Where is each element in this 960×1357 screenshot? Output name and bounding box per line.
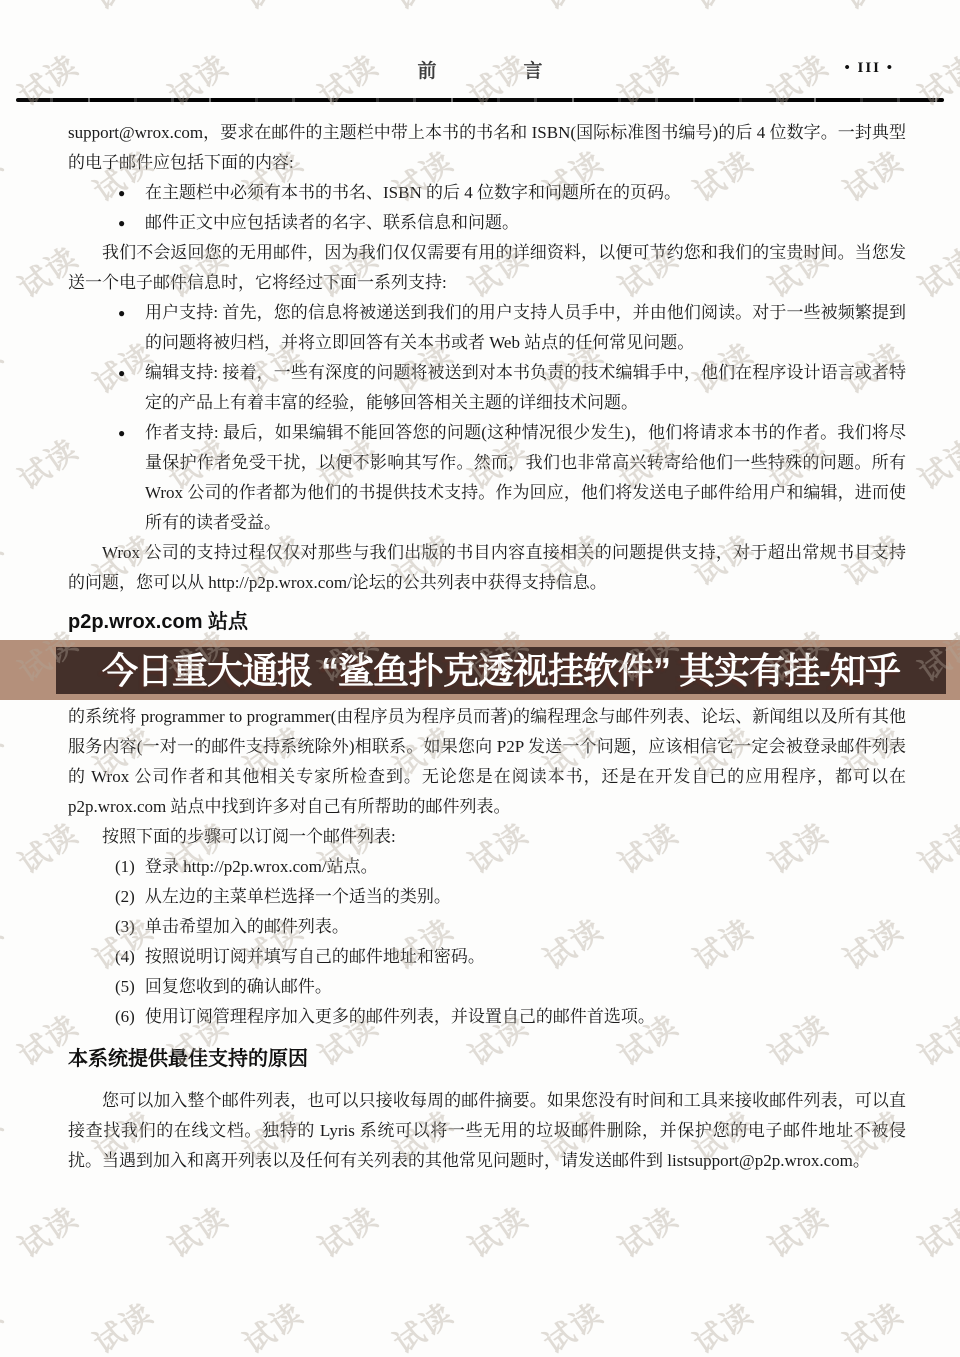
watermark-text: 试读 — [833, 1290, 911, 1357]
section-heading-p2p: p2p.wrox.com 站点 — [68, 607, 906, 637]
spam-ad-banner-background: 今日重大通报 “鲨鱼扑克透视挂软件” 其实有挂-知乎 — [56, 647, 946, 694]
watermark-text: 试读 — [383, 1290, 461, 1357]
step-number: (1) — [115, 852, 135, 882]
step-item: (2)从左边的主菜单栏选择一个适当的类别。 — [68, 882, 906, 912]
step-text: 单击希望加入的邮件列表。 — [145, 917, 349, 936]
step-text: 登录 http://p2p.wrox.com/站点。 — [145, 857, 378, 876]
spam-ad-banner[interactable]: 今日重大通报 “鲨鱼扑克透视挂软件” 其实有挂-知乎 — [0, 640, 960, 700]
header-rule — [16, 98, 944, 102]
bullet-icon: ● — [118, 358, 125, 388]
watermark-text: 试读 — [233, 1290, 311, 1357]
watermark-text: 试读 — [0, 330, 11, 403]
watermark-text: 试读 — [908, 426, 960, 499]
bullet-icon: ● — [118, 208, 125, 238]
step-text: 回复您收到的确认邮件。 — [145, 977, 332, 996]
step-number: (3) — [115, 912, 135, 942]
watermark-text: 试读 — [0, 714, 11, 787]
list-item-text: 作者支持: 最后，如果编辑不能回答您的问题(这种情况很少发生)，他们将请求本书的… — [145, 423, 906, 532]
paragraph-p2p: 的系统将 programmer to programmer(由程序员为程序员而著… — [68, 702, 906, 822]
paragraph-support-intro: 我们不会返回您的无用邮件，因为我们仅仅需要有用的详细资料，以便可节约您和我们的宝… — [68, 238, 906, 298]
bullet-icon: ● — [118, 298, 125, 328]
watermark-text: 试读 — [0, 138, 11, 211]
step-item: (4)按照说明订阅并填写自己的邮件地址和密码。 — [68, 942, 906, 972]
paragraph-why: 您可以加入整个邮件列表，也可以只接收每周的邮件摘要。如果您没有时间和工具来接收邮… — [68, 1086, 906, 1176]
watermark-text: 试读 — [0, 522, 11, 595]
bullet-icon: ● — [118, 178, 125, 208]
step-text: 使用订阅管理程序加入更多的邮件列表，并设置自己的邮件首选项。 — [145, 1007, 655, 1026]
watermark-text: 试读 — [158, 1194, 236, 1267]
step-number: (6) — [115, 1002, 135, 1032]
page-title: 前 言 — [0, 56, 960, 83]
watermark-text: 试读 — [83, 1290, 161, 1357]
list-item-text: 在主题栏中必须有本书的书名、ISBN 的后 4 位数字和问题所在的页码。 — [145, 183, 681, 202]
step-item: (6)使用订阅管理程序加入更多的邮件列表，并设置自己的邮件首选项。 — [68, 1002, 906, 1032]
paragraph-subscribe-intro: 按照下面的步骤可以订阅一个邮件列表: — [68, 822, 906, 852]
watermark-text: 试读 — [758, 1194, 836, 1267]
step-text: 从左边的主菜单栏选择一个适当的类别。 — [145, 887, 451, 906]
list-item: ● 编辑支持: 接着，一些有深度的问题将被送到对本书负责的技术编辑手中，他们在程… — [68, 358, 906, 418]
step-text: 按照说明订阅并填写自己的邮件地址和密码。 — [145, 947, 485, 966]
page-number: • III • — [844, 60, 894, 77]
list-item-text: 邮件正文中应包括读者的名字、联系信息和问题。 — [145, 213, 519, 232]
support-levels-list: ● 用户支持: 首先，您的信息将被递送到我们的用户支持人员手中，并由他们阅读。对… — [68, 298, 906, 538]
watermark-text: 试读 — [8, 1194, 86, 1267]
list-item: ● 用户支持: 首先，您的信息将被递送到我们的用户支持人员手中，并由他们阅读。对… — [68, 298, 906, 358]
list-item: ● 邮件正文中应包括读者的名字、联系信息和问题。 — [68, 208, 906, 238]
paragraph-wrox-support-note: Wrox 公司的支持过程仅仅对那些与我们出版的书目内容直接相关的问题提供支持，对… — [68, 538, 906, 598]
step-item: (1)登录 http://p2p.wrox.com/站点。 — [68, 852, 906, 882]
watermark-text: 试读 — [908, 234, 960, 307]
step-number: (2) — [115, 882, 135, 912]
list-item-text: 用户支持: 首先，您的信息将被递送到我们的用户支持人员手中，并由他们阅读。对于一… — [145, 303, 906, 352]
watermark-text: 试读 — [308, 1194, 386, 1267]
watermark-text: 试读 — [0, 1098, 11, 1171]
spam-ad-banner-text: 今日重大通报 “鲨鱼扑克透视挂软件” 其实有挂-知乎 — [102, 653, 900, 689]
list-item: ● 作者支持: 最后，如果编辑不能回答您的问题(这种情况很少发生)，他们将请求本… — [68, 418, 906, 538]
bullet-icon: ● — [118, 418, 125, 448]
watermark-text: 试读 — [908, 810, 960, 883]
section-heading-why: 本系统提供最佳支持的原因 — [68, 1044, 906, 1074]
watermark-text: 试读 — [533, 1290, 611, 1357]
step-item: (5)回复您收到的确认邮件。 — [68, 972, 906, 1002]
list-item-text: 编辑支持: 接着，一些有深度的问题将被送到对本书负责的技术编辑手中，他们在程序设… — [145, 363, 906, 412]
subscribe-steps-list: (1)登录 http://p2p.wrox.com/站点。 (2)从左边的主菜单… — [68, 852, 906, 1032]
watermark-text: 试读 — [0, 906, 11, 979]
list-item: ● 在主题栏中必须有本书的书名、ISBN 的后 4 位数字和问题所在的页码。 — [68, 178, 906, 208]
watermark-text: 试读 — [458, 1194, 536, 1267]
step-number: (4) — [115, 942, 135, 972]
watermark-text: 试读 — [908, 1002, 960, 1075]
watermark-text: 试读 — [0, 1290, 11, 1357]
page-body: support@wrox.com，要求在邮件的主题栏中带上本书的书名和 ISBN… — [68, 118, 906, 1176]
step-item: (3)单击希望加入的邮件列表。 — [68, 912, 906, 942]
page-header: 前 言 • III • — [0, 0, 960, 110]
step-number: (5) — [115, 972, 135, 1002]
paragraph-intro-continuation: support@wrox.com，要求在邮件的主题栏中带上本书的书名和 ISBN… — [68, 118, 906, 178]
email-requirements-list: ● 在主题栏中必须有本书的书名、ISBN 的后 4 位数字和问题所在的页码。 ●… — [68, 178, 906, 238]
watermark-text: 试读 — [908, 1194, 960, 1267]
watermark-text: 试读 — [608, 1194, 686, 1267]
watermark-text: 试读 — [683, 1290, 761, 1357]
